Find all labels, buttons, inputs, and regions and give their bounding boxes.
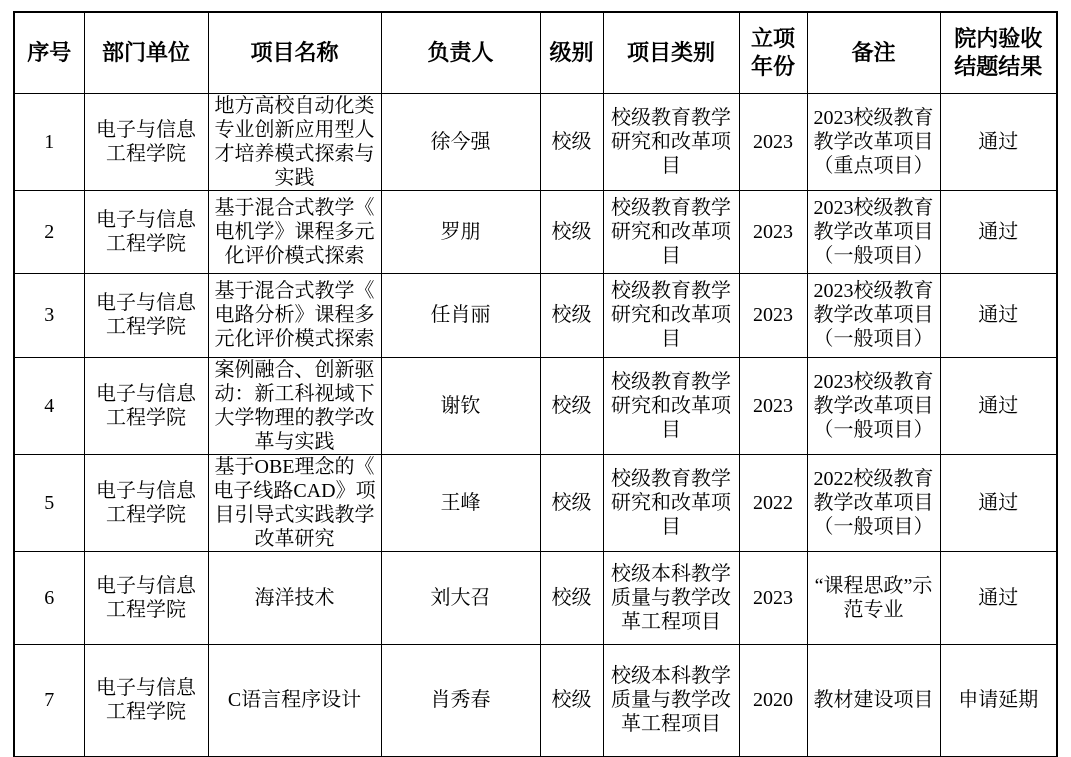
header-level: 级别 — [540, 12, 603, 93]
cell-year: 2020 — [739, 644, 807, 757]
cell-level: 校级 — [540, 357, 603, 454]
cell-note: 2023校级教育教学改革项目（一般项目） — [807, 357, 940, 454]
cell-index: 3 — [14, 273, 84, 357]
table-row: 2 电子与信息工程学院 基于混合式教学《电机学》课程多元化评价模式探索 罗朋 校… — [14, 190, 1057, 273]
cell-note: 2023校级教育教学改革项目（一般项目） — [807, 273, 940, 357]
cell-leader: 谢钦 — [381, 357, 540, 454]
cell-level: 校级 — [540, 454, 603, 551]
cell-note: “课程思政”示范专业 — [807, 551, 940, 644]
cell-year: 2023 — [739, 273, 807, 357]
cell-leader: 肖秀春 — [381, 644, 540, 757]
cell-year: 2023 — [739, 357, 807, 454]
cell-result: 通过 — [940, 93, 1057, 190]
header-project-name: 项目名称 — [208, 12, 381, 93]
cell-level: 校级 — [540, 273, 603, 357]
cell-category: 校级教育教学研究和改革项目 — [603, 454, 739, 551]
header-result: 院内验收结题结果 — [940, 12, 1057, 93]
table-header-row: 序号 部门单位 项目名称 负责人 级别 项目类别 立项年份 备注 院内验收结题结… — [14, 12, 1057, 93]
cell-project-name: 案例融合、创新驱动：新工科视域下大学物理的教学改革与实践 — [208, 357, 381, 454]
cell-level: 校级 — [540, 190, 603, 273]
cell-result: 通过 — [940, 190, 1057, 273]
cell-project-name: 基于OBE理念的《电子线路CAD》项目引导式实践教学改革研究 — [208, 454, 381, 551]
table-row: 5 电子与信息工程学院 基于OBE理念的《电子线路CAD》项目引导式实践教学改革… — [14, 454, 1057, 551]
cell-level: 校级 — [540, 93, 603, 190]
cell-level: 校级 — [540, 644, 603, 757]
header-year: 立项年份 — [739, 12, 807, 93]
cell-year: 2023 — [739, 190, 807, 273]
cell-project-name: 基于混合式教学《电路分析》课程多元化评价模式探索 — [208, 273, 381, 357]
table-row: 1 电子与信息工程学院 地方高校自动化类专业创新应用型人才培养模式探索与实践 徐… — [14, 93, 1057, 190]
cell-note: 2023校级教育教学改革项目（重点项目） — [807, 93, 940, 190]
header-note: 备注 — [807, 12, 940, 93]
cell-result: 通过 — [940, 551, 1057, 644]
cell-project-name: 基于混合式教学《电机学》课程多元化评价模式探索 — [208, 190, 381, 273]
cell-leader: 王峰 — [381, 454, 540, 551]
cell-index: 6 — [14, 551, 84, 644]
cell-category: 校级本科教学质量与教学改革工程项目 — [603, 644, 739, 757]
cell-result: 通过 — [940, 357, 1057, 454]
cell-result: 通过 — [940, 273, 1057, 357]
cell-category: 校级教育教学研究和改革项目 — [603, 190, 739, 273]
cell-category: 校级教育教学研究和改革项目 — [603, 357, 739, 454]
cell-category: 校级教育教学研究和改革项目 — [603, 273, 739, 357]
cell-index: 1 — [14, 93, 84, 190]
cell-note: 2023校级教育教学改革项目（一般项目） — [807, 190, 940, 273]
cell-leader: 徐今强 — [381, 93, 540, 190]
cell-index: 2 — [14, 190, 84, 273]
cell-index: 7 — [14, 644, 84, 757]
cell-index: 4 — [14, 357, 84, 454]
header-leader: 负责人 — [381, 12, 540, 93]
cell-index: 5 — [14, 454, 84, 551]
cell-project-name: 地方高校自动化类专业创新应用型人才培养模式探索与实践 — [208, 93, 381, 190]
cell-department: 电子与信息工程学院 — [84, 93, 208, 190]
table-row: 7 电子与信息工程学院 C语言程序设计 肖秀春 校级 校级本科教学质量与教学改革… — [14, 644, 1057, 757]
cell-category: 校级教育教学研究和改革项目 — [603, 93, 739, 190]
cell-department: 电子与信息工程学院 — [84, 644, 208, 757]
cell-leader: 刘大召 — [381, 551, 540, 644]
cell-level: 校级 — [540, 551, 603, 644]
cell-year: 2023 — [739, 93, 807, 190]
cell-note: 2022校级教育教学改革项目（一般项目） — [807, 454, 940, 551]
document-page: 序号 部门单位 项目名称 负责人 级别 项目类别 立项年份 备注 院内验收结题结… — [0, 0, 1071, 757]
cell-year: 2023 — [739, 551, 807, 644]
cell-department: 电子与信息工程学院 — [84, 454, 208, 551]
cell-year: 2022 — [739, 454, 807, 551]
cell-project-name: C语言程序设计 — [208, 644, 381, 757]
cell-result: 申请延期 — [940, 644, 1057, 757]
table-row: 3 电子与信息工程学院 基于混合式教学《电路分析》课程多元化评价模式探索 任肖丽… — [14, 273, 1057, 357]
cell-result: 通过 — [940, 454, 1057, 551]
cell-project-name: 海洋技术 — [208, 551, 381, 644]
projects-table: 序号 部门单位 项目名称 负责人 级别 项目类别 立项年份 备注 院内验收结题结… — [13, 11, 1058, 757]
cell-category: 校级本科教学质量与教学改革工程项目 — [603, 551, 739, 644]
cell-department: 电子与信息工程学院 — [84, 190, 208, 273]
cell-department: 电子与信息工程学院 — [84, 551, 208, 644]
header-index: 序号 — [14, 12, 84, 93]
cell-leader: 罗朋 — [381, 190, 540, 273]
cell-department: 电子与信息工程学院 — [84, 357, 208, 454]
header-department: 部门单位 — [84, 12, 208, 93]
cell-note: 教材建设项目 — [807, 644, 940, 757]
table-row: 6 电子与信息工程学院 海洋技术 刘大召 校级 校级本科教学质量与教学改革工程项… — [14, 551, 1057, 644]
cell-department: 电子与信息工程学院 — [84, 273, 208, 357]
table-row: 4 电子与信息工程学院 案例融合、创新驱动：新工科视域下大学物理的教学改革与实践… — [14, 357, 1057, 454]
cell-leader: 任肖丽 — [381, 273, 540, 357]
header-category: 项目类别 — [603, 12, 739, 93]
